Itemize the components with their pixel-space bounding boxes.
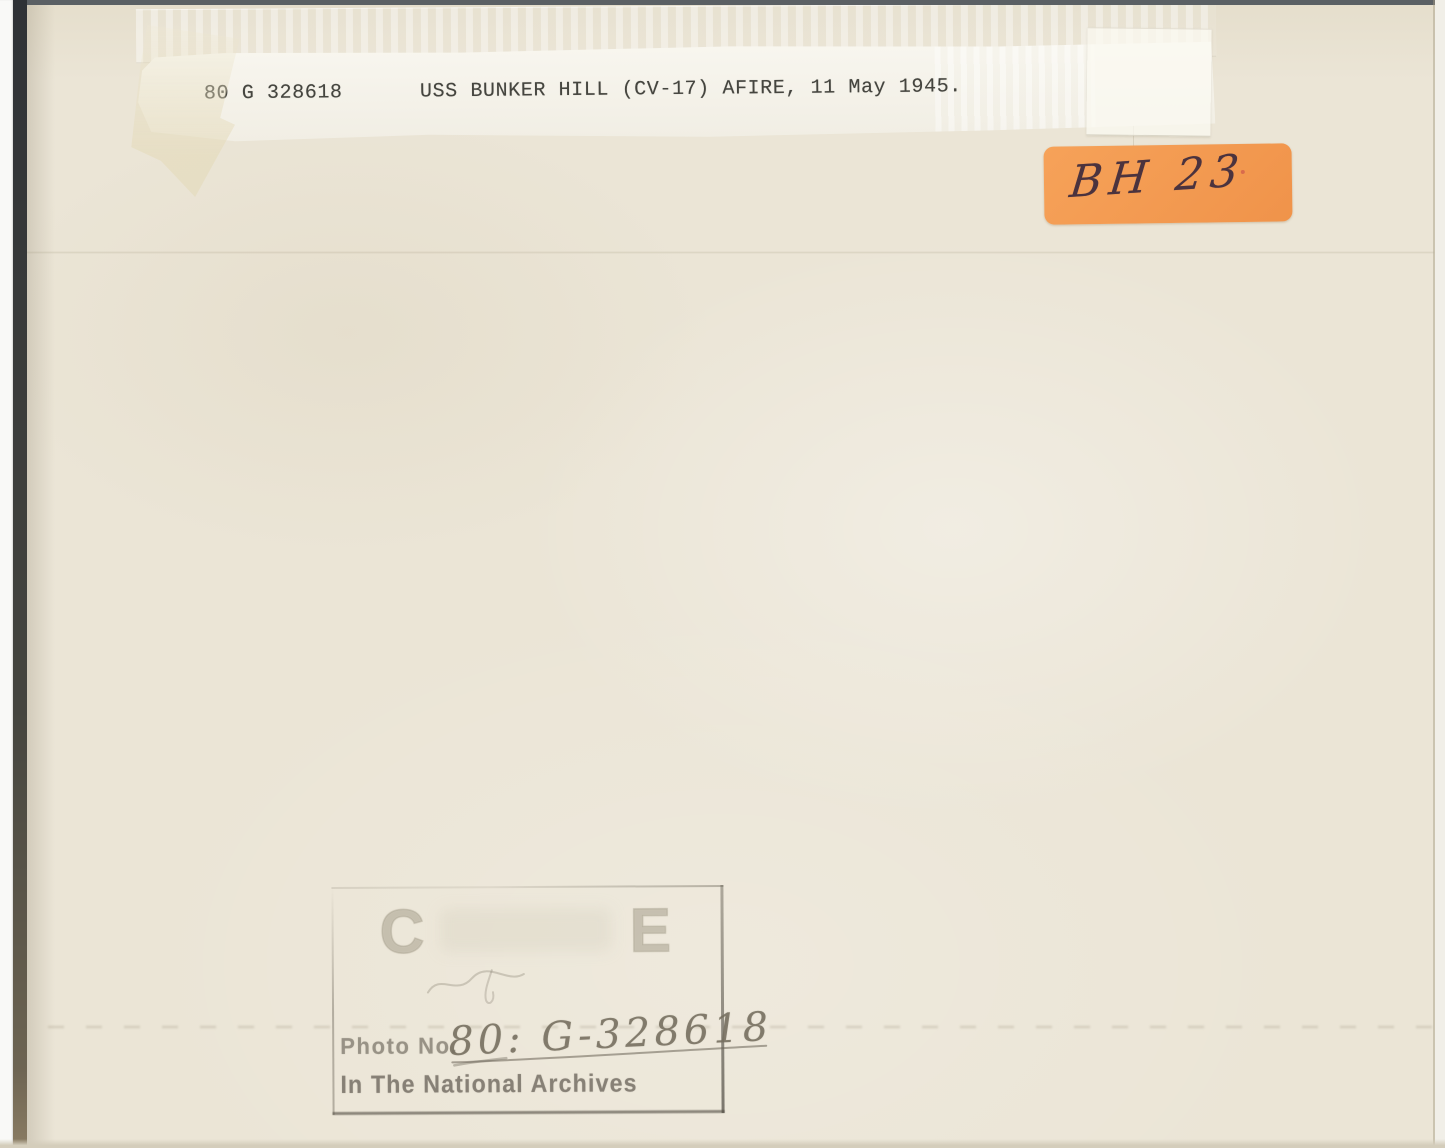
stamp-border-bottom: [333, 1110, 725, 1115]
faded-stamp-letter-right: E: [629, 895, 671, 966]
stamp-photo-no-label: Photo No.: [340, 1032, 458, 1060]
sticker-red-speck: [1241, 170, 1245, 174]
stamp-border-right: [720, 885, 724, 1113]
tape-piece-right: [1086, 27, 1211, 137]
faded-stamp-letter-left: C: [379, 897, 424, 968]
scanner-edge-right: [1435, 0, 1445, 1148]
handwritten-underline: [444, 1035, 774, 1071]
caption-strip: 80 G 328618 USS BUNKER HILL (CV-17) AFIR…: [138, 40, 1216, 143]
stamp-border-top: [331, 885, 723, 889]
crease-line-upper: [22, 252, 1434, 253]
faded-stamp-text-blur: [440, 908, 612, 953]
scanner-edge-top: [14, 0, 1445, 5]
paper-edge-bottom: [0, 1139, 1445, 1148]
sticker-handwriting: BH 23: [1067, 145, 1248, 208]
typed-caption: USS BUNKER HILL (CV-17) AFIRE, 11 May 19…: [420, 75, 962, 103]
paper-curl-shadow: [27, 0, 55, 1148]
scanner-edge-left-white: [0, 0, 13, 1148]
photo-verso-scan: 80 G 328618 USS BUNKER HILL (CV-17) AFIR…: [0, 0, 1445, 1148]
stamp-border-left: [331, 887, 334, 1115]
orange-sticker: BH 23: [1043, 143, 1292, 224]
faint-pencil-scribble: [422, 962, 572, 1009]
archives-stamp: C E Photo No. 80: G-328618 In The Nation…: [331, 885, 724, 1115]
scanner-edge-left-dark: [13, 0, 27, 1148]
stamp-archives-line: In The National Archives: [340, 1069, 637, 1100]
